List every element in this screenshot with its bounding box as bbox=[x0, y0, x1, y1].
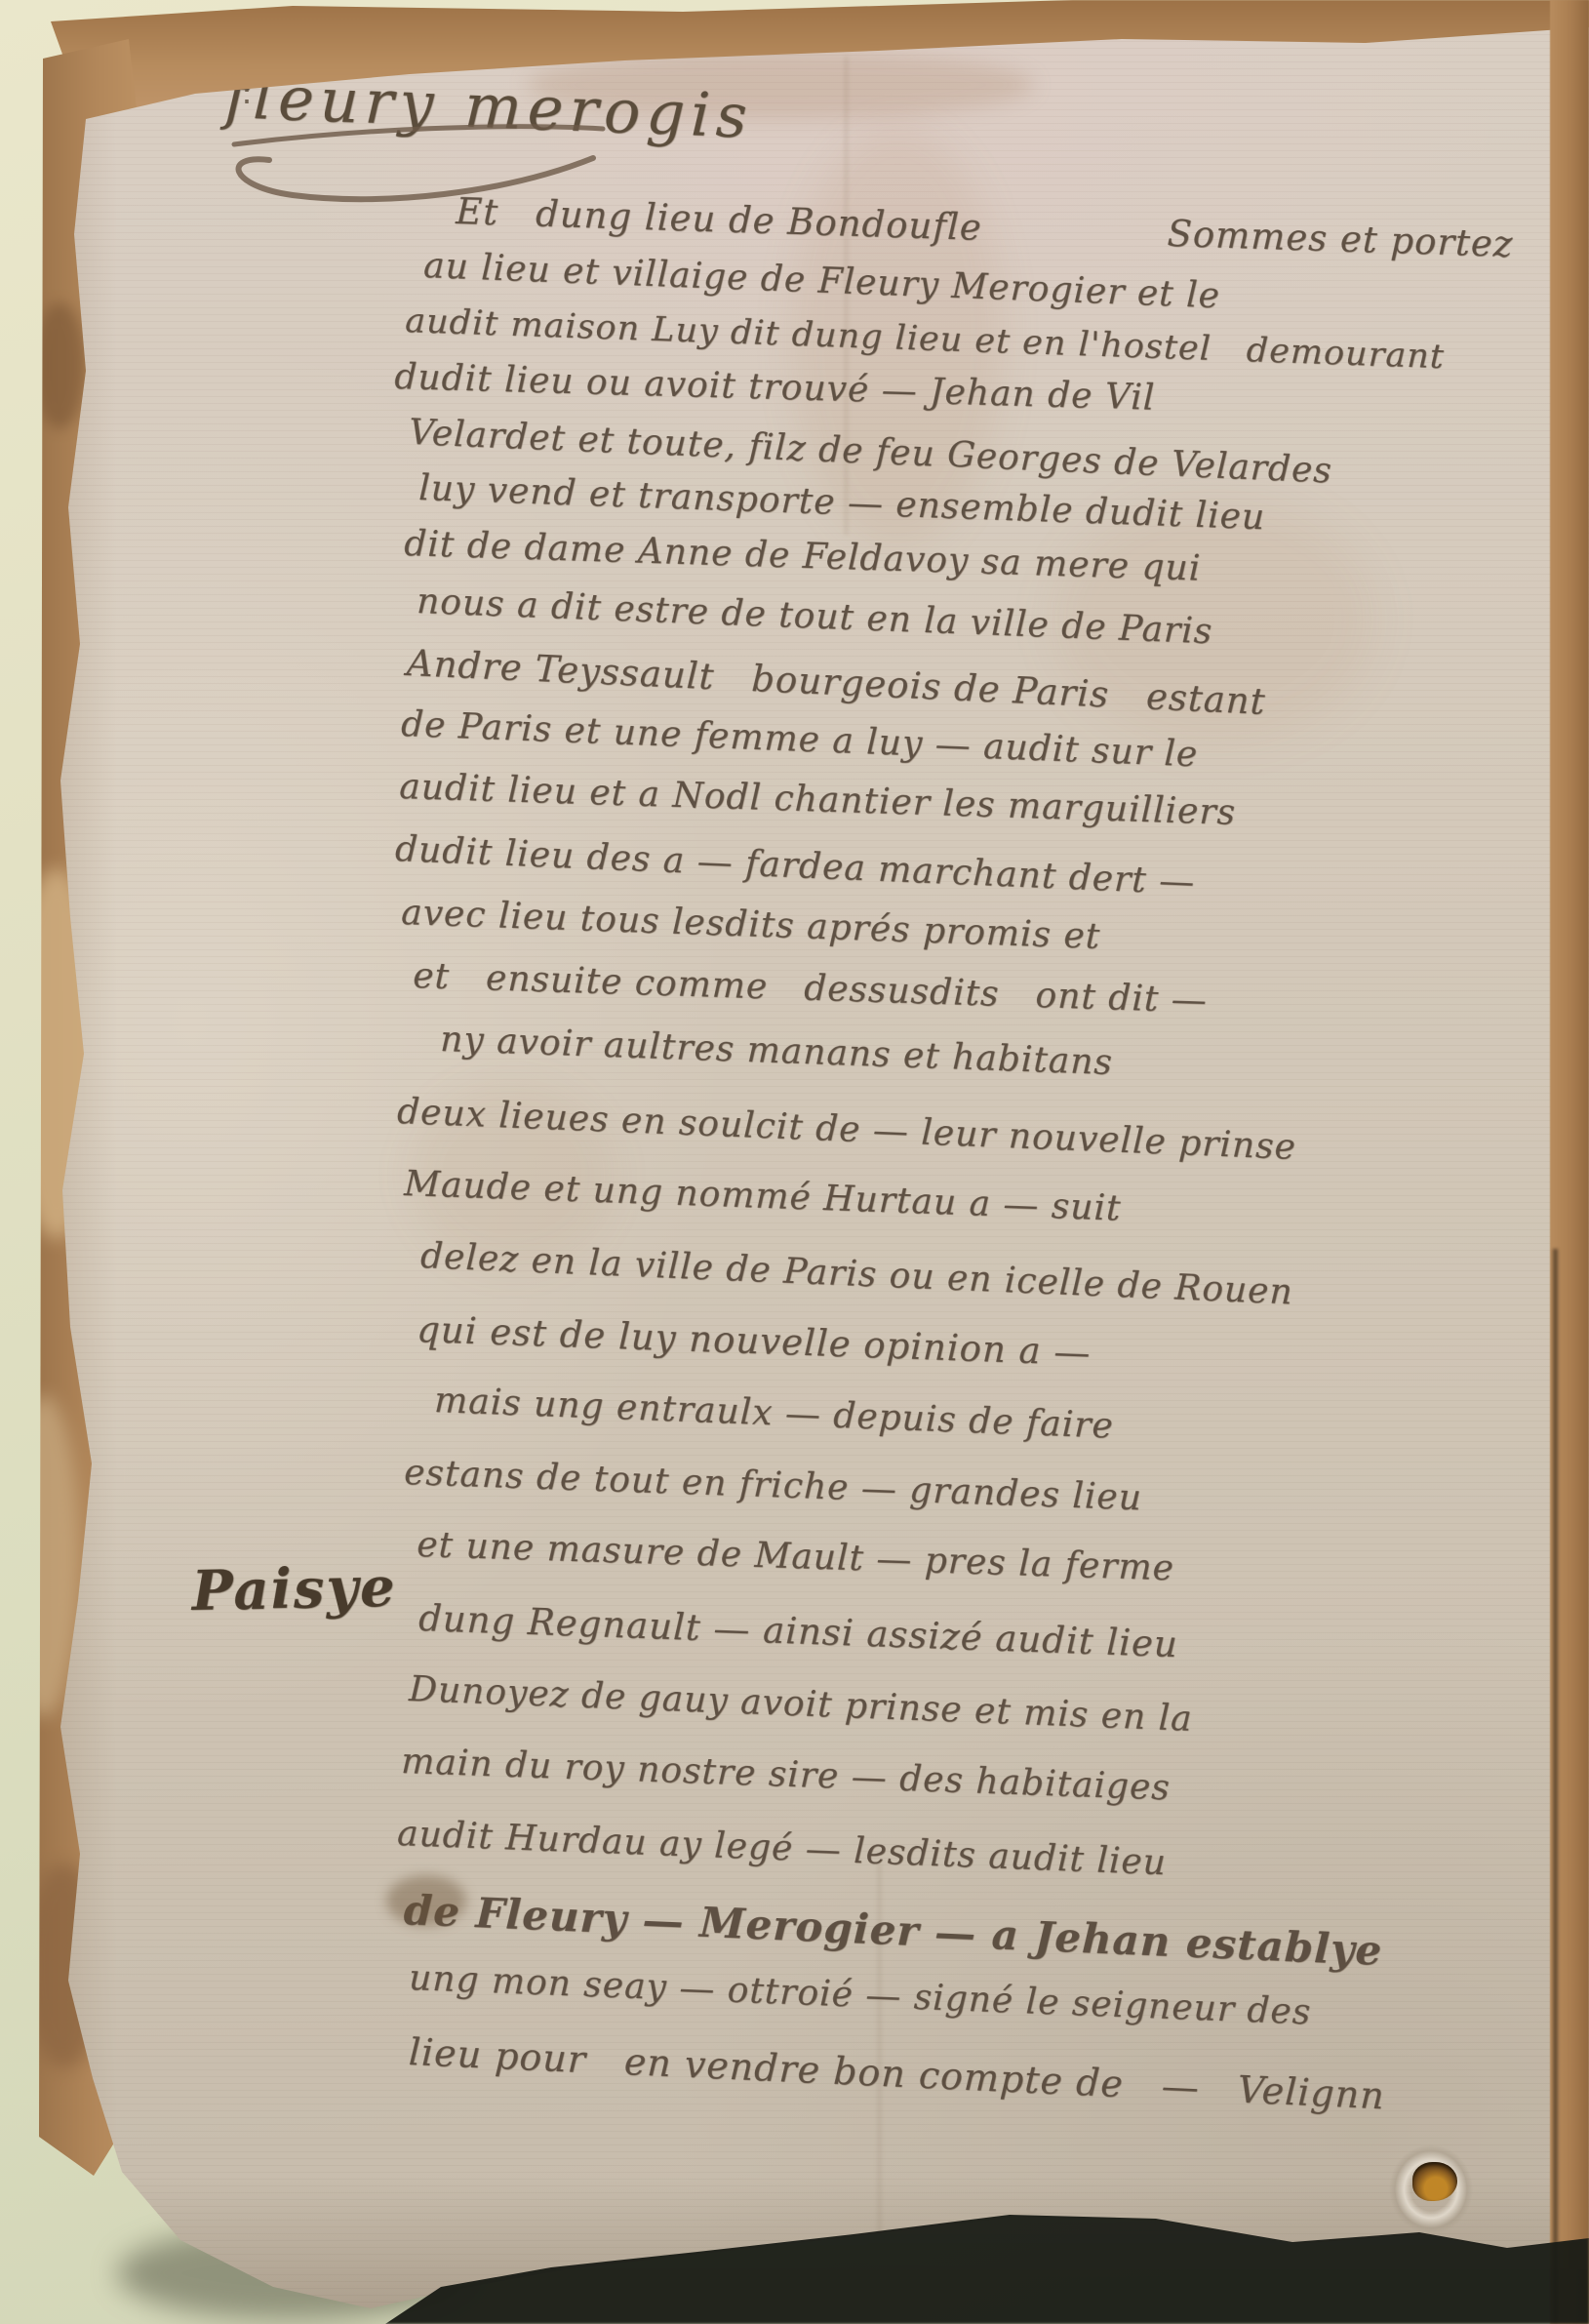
right-edge-dark-line bbox=[1553, 1249, 1558, 2322]
heading-flourish bbox=[174, 115, 700, 261]
ink-smudge bbox=[386, 1875, 466, 1926]
under-edge-dark-knot bbox=[33, 302, 86, 429]
manuscript-photo: ⋮ fleury merogis Paisye Et dung lieu de … bbox=[0, 0, 1589, 2324]
manuscript-page: ⋮ fleury merogis Paisye Et dung lieu de … bbox=[0, 0, 1589, 2324]
margin-note: Paisye bbox=[191, 1555, 397, 1623]
